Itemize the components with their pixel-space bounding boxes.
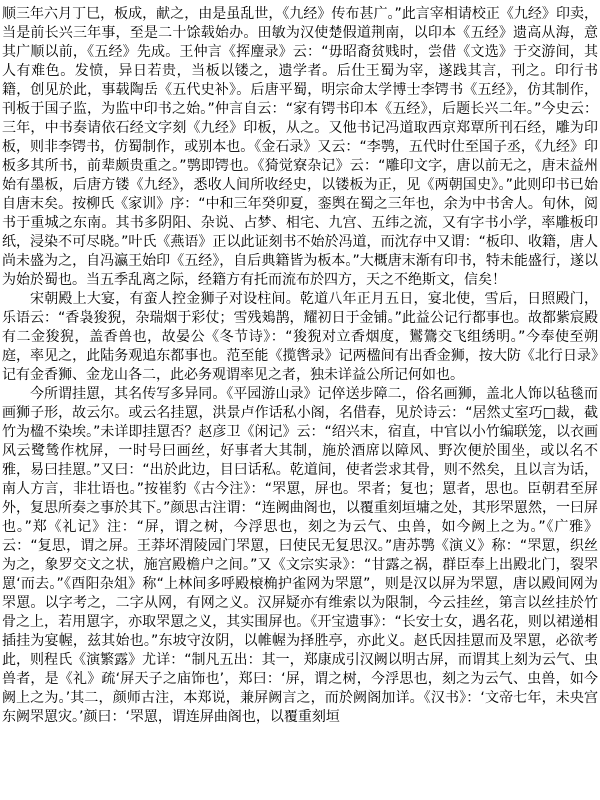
paragraph-printing-history: 顺三年六月丁巳，板成，献之，由是虽乱世，《九经》传布甚广。”此言宰相请校正《九经…	[2, 5, 598, 290]
paragraph-golden-lions: 宋朝殿上大宴，有蛮人控金狮子对设柱间。乾道八年正月五日，宴北使，雪后，日照殿门，…	[2, 290, 598, 385]
document-page: 顺三年六月丁巳，板成，献之，由是虽乱世，《九经》传布甚广。”此言宰相请校正《九经…	[0, 0, 600, 800]
paragraph-guasi-fusi: 今所谓挂罳，其名传写多异同。《平园游山录》记倅送步障二，俗名画狮，盖北人饰以毡毯…	[2, 385, 598, 727]
